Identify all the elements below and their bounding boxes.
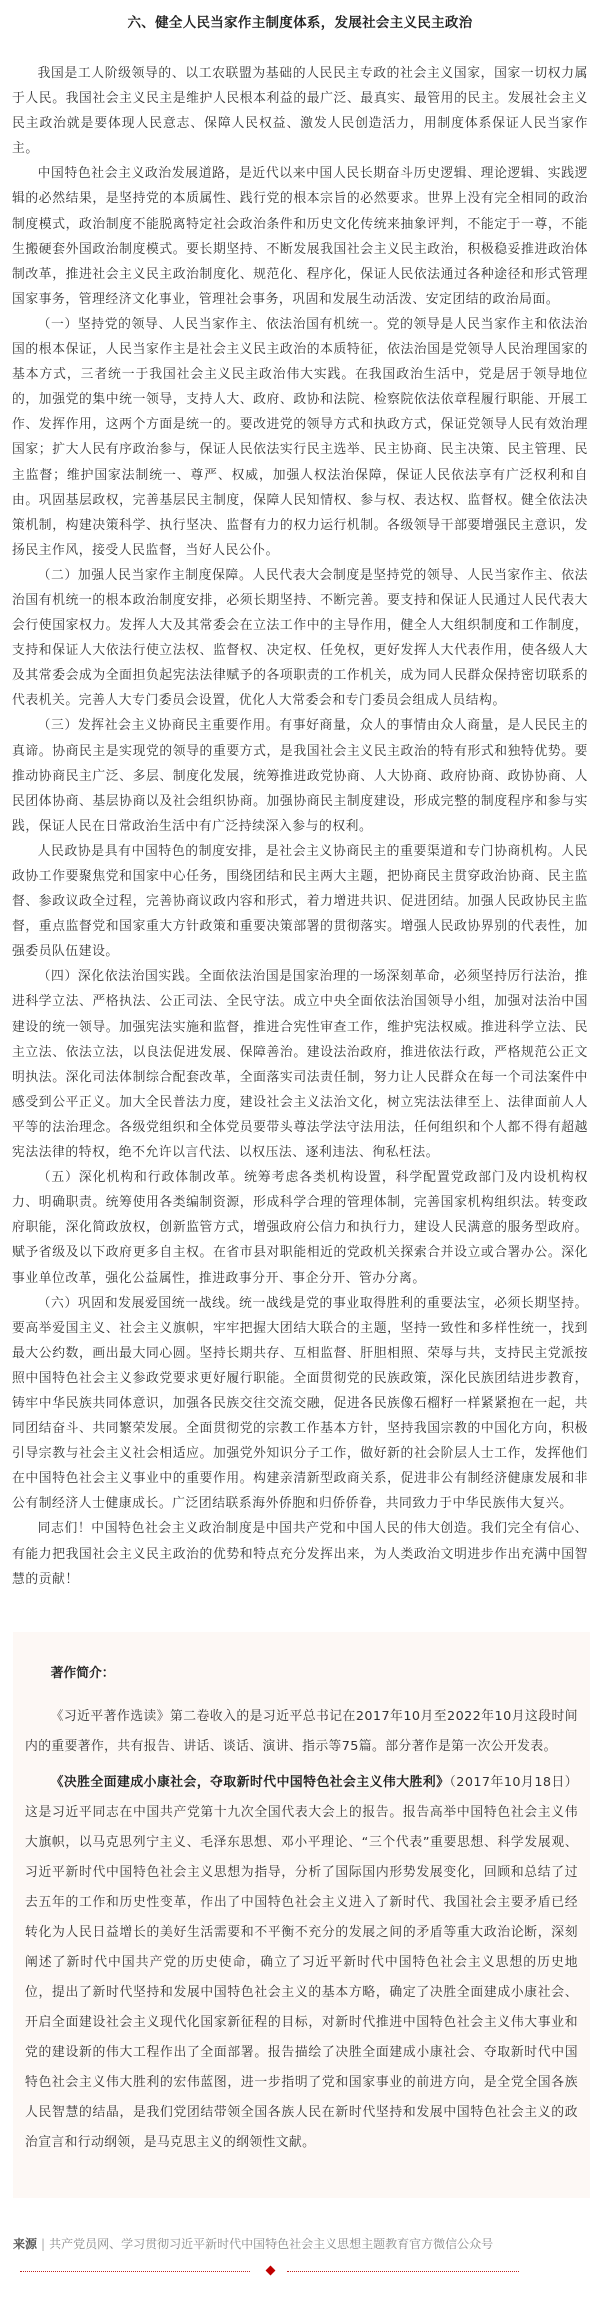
intro-paragraph: 《习近平著作选读》第二卷收入的是习近平总书记在2017年10月至2022年10月… <box>25 1702 578 1762</box>
body-paragraph: （二）加强人民当家作主制度保障。人民代表大会制度是坚持党的领导、人民当家作主、依… <box>12 563 588 714</box>
diamond-icon <box>266 2265 276 2275</box>
source-separator: | <box>41 2237 45 2251</box>
body-paragraph: （一）坚持党的领导、人民当家作主、依法治国有机统一。党的领导是人民当家作主和依法… <box>12 312 588 563</box>
section-title: 六、健全人民当家作主制度体系，发展社会主义民主政治 <box>12 0 588 44</box>
body-paragraph: 我国是工人阶级领导的、以工农联盟为基础的人民民主专政的社会主义国家，国家一切权力… <box>12 61 588 161</box>
work-title: 《决胜全面建成小康社会，夺取新时代中国特色社会主义伟大胜利》 <box>51 1775 450 1790</box>
body-paragraph: 同志们！中国特色社会主义政治制度是中国共产党和中国人民的伟大创造。我们完全有信心… <box>12 1516 588 1591</box>
body-paragraph: （四）深化依法治国实践。全面依法治国是国家治理的一场深刻革命，必须坚持厉行法治，… <box>12 964 588 1165</box>
work-description: （2017年10月18日）这是习近平同志在中国共产党第十九次全国代表大会上的报告… <box>25 1775 578 2150</box>
intro-work-paragraph: 《决胜全面建成小康社会，夺取新时代中国特色社会主义伟大胜利》（2017年10月1… <box>25 1768 578 2158</box>
body-paragraph: 人民政协是具有中国特色的制度安排，是社会主义协商民主的重要渠道和专门协商机构。人… <box>12 839 588 964</box>
divider-dotted-line-left <box>20 2271 250 2272</box>
body-paragraph: （五）深化机构和行政体制改革。统筹考虑各类机构设置，科学配置党政部门及内设机构权… <box>12 1165 588 1290</box>
article-body: 我国是工人阶级领导的、以工农联盟为基础的人民民主专政的社会主义国家，国家一切权力… <box>12 61 588 1592</box>
source-text: 共产党员网、学习贯彻习近平新时代中国特色社会主义思想主题教育官方微信公众号 <box>49 2237 493 2251</box>
intro-heading: 著作简介： <box>25 1664 578 1684</box>
body-paragraph: 中国特色社会主义政治发展道路，是近代以来中国人民长期奋斗历史逻辑、理论逻辑、实践… <box>12 161 588 312</box>
work-intro-box: 著作简介： 《习近平著作选读》第二卷收入的是习近平总书记在2017年10月至20… <box>13 1632 590 2198</box>
article: 六、健全人民当家作主制度体系，发展社会主义民主政治 我国是工人阶级领导的、以工农… <box>0 0 600 2279</box>
body-paragraph: （三）发挥社会主义协商民主重要作用。有事好商量，众人的事情由众人商量，是人民民主… <box>12 713 588 838</box>
end-divider <box>12 2265 588 2279</box>
body-paragraph: （六）巩固和发展爱国统一战线。统一战线是党的事业取得胜利的重要法宝，必须长期坚持… <box>12 1291 588 1517</box>
source-line: 来源|共产党员网、学习贯彻习近平新时代中国特色社会主义思想主题教育官方微信公众号 <box>12 2236 588 2252</box>
divider-dotted-line-right <box>287 2271 519 2272</box>
source-label: 来源 <box>13 2237 37 2251</box>
